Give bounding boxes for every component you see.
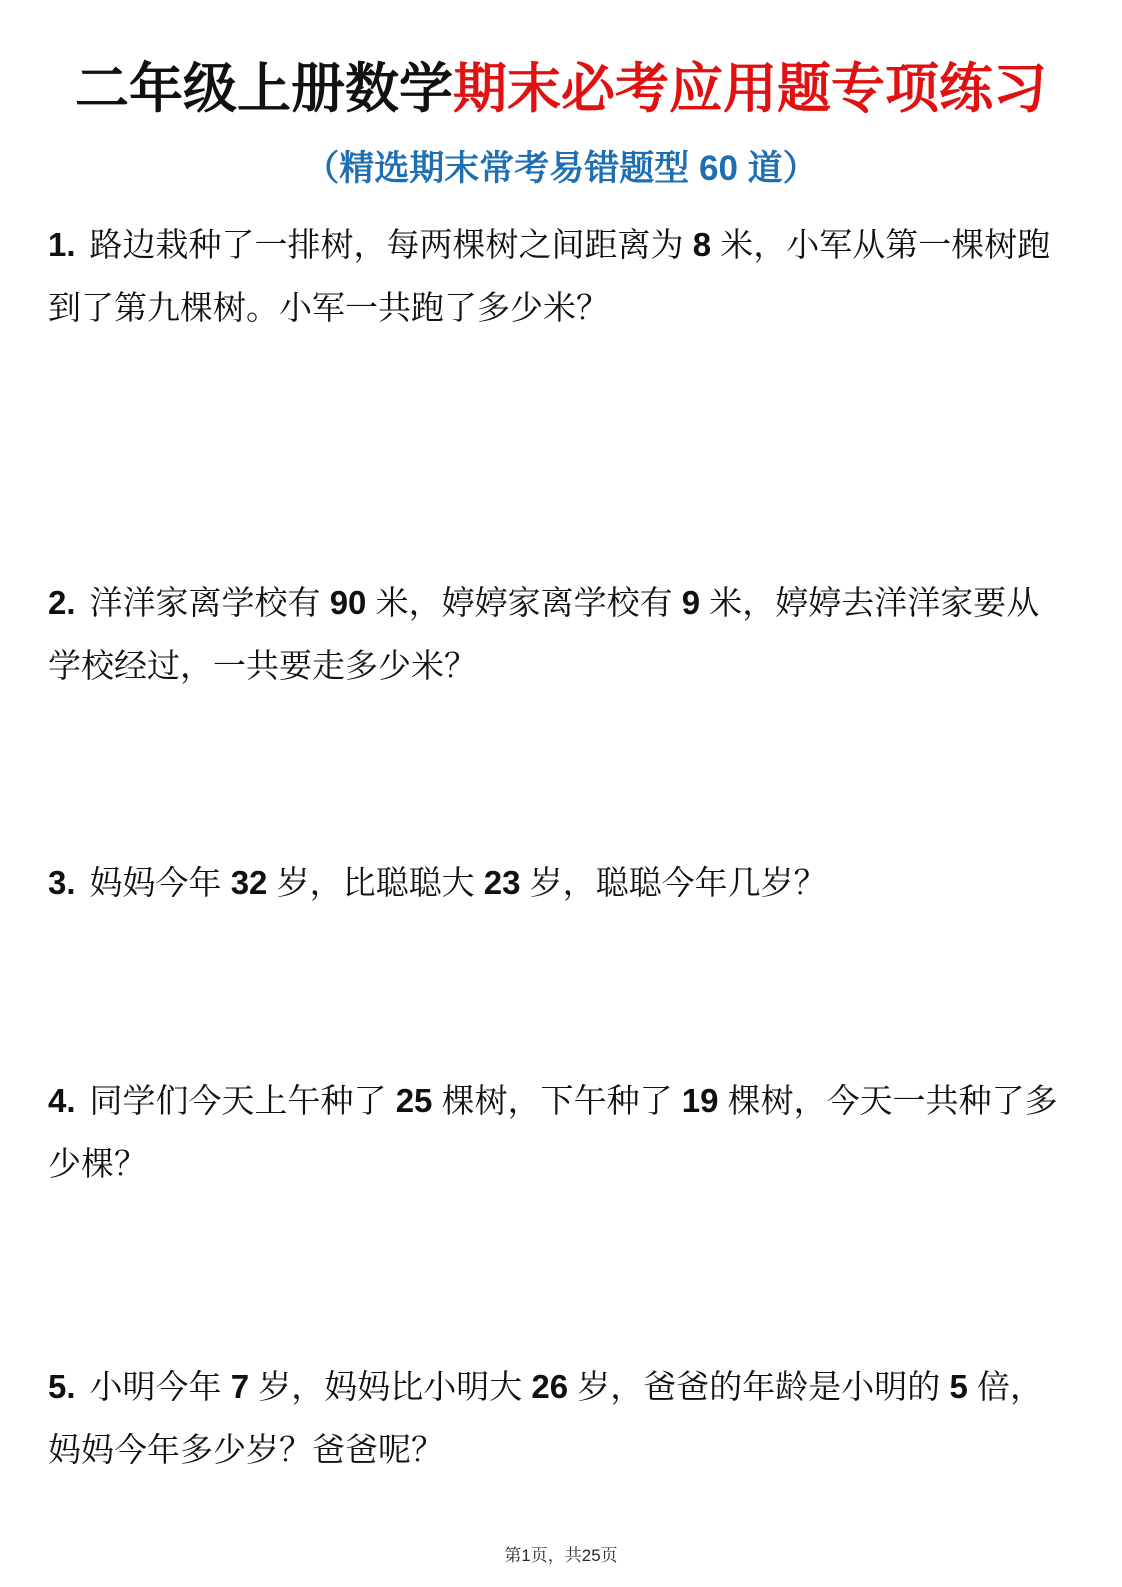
- worksheet-page: 二年级上册数学期末必考应用题专项练习 （精选期末常考易错题型 60 道） 1.路…: [0, 0, 1122, 1587]
- question-1-text: 路边栽种了一排树，每两棵树之间距离为 8 米，小军从第一棵树跑到了第九棵树。小军…: [48, 226, 1050, 326]
- page-title-red-part: 期末必考应用题专项练习: [453, 59, 1047, 119]
- question-4: 4.同学们今天上午种了 25 棵树，下午种了 19 棵树，今天一共种了多少棵？: [48, 1070, 1066, 1195]
- page-title-black-part: 二年级上册数学: [75, 59, 453, 119]
- question-5: 5.小明今年 7 岁，妈妈比小明大 26 岁，爸爸的年龄是小明的 5 倍，妈妈今…: [48, 1356, 1066, 1481]
- question-4-number: 4.: [48, 1082, 76, 1119]
- question-2: 2.洋洋家离学校有 90 米，婷婷家离学校有 9 米，婷婷去洋洋家要从学校经过，…: [48, 572, 1066, 697]
- question-3-number: 3.: [48, 864, 76, 901]
- page-number-footer: 第1页，共25页: [0, 1541, 1122, 1566]
- page-title: 二年级上册数学期末必考应用题专项练习: [0, 46, 1122, 123]
- question-1-number: 1.: [48, 226, 76, 263]
- page-subtitle: （精选期末常考易错题型 60 道）: [0, 141, 1122, 191]
- question-1: 1.路边栽种了一排树，每两棵树之间距离为 8 米，小军从第一棵树跑到了第九棵树。…: [48, 214, 1066, 339]
- question-3: 3.妈妈今年 32 岁，比聪聪大 23 岁，聪聪今年几岁？: [48, 852, 1066, 915]
- question-5-text: 小明今年 7 岁，妈妈比小明大 26 岁，爸爸的年龄是小明的 5 倍，妈妈今年多…: [48, 1368, 1043, 1468]
- question-3-text: 妈妈今年 32 岁，比聪聪大 23 岁，聪聪今年几岁？: [90, 864, 827, 901]
- question-4-text: 同学们今天上午种了 25 棵树，下午种了 19 棵树，今天一共种了多少棵？: [48, 1082, 1058, 1182]
- question-2-text: 洋洋家离学校有 90 米，婷婷家离学校有 9 米，婷婷去洋洋家要从学校经过，一共…: [48, 584, 1039, 684]
- question-2-number: 2.: [48, 584, 76, 621]
- question-5-number: 5.: [48, 1368, 76, 1405]
